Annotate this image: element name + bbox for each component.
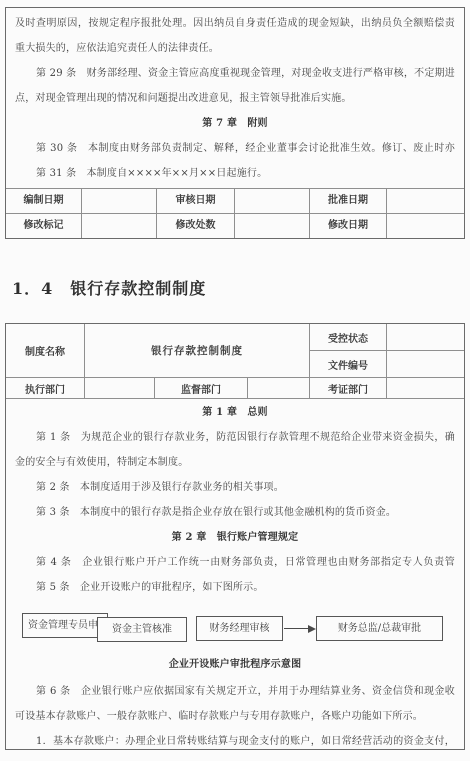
flow-step-finance-manager-review: 财务经理审核 [196,616,283,641]
article-line: 重大损失的，应依法追究责任人的法律责任。 [15,36,455,61]
system-name-row: 制度名称 银行存款控制制度 受控状态 文件编号 [6,324,464,378]
departments-row: 执行部门 监督部门 考证部门 [6,378,464,399]
article-line: 及时查明原因，按规定程序报批处理。因出纳员自身责任造成的现金短缺，出纳员负全额赔… [15,11,455,36]
controlled-status-label: 受控状态 [310,324,387,350]
controlled-status-row: 受控状态 [310,324,464,351]
article-line: 第 6 条 企业银行账户应依据国家有关规定开立，并用于办理结算业务、资金信贷和现… [15,679,455,704]
approval-date-label: 批准日期 [310,189,387,213]
article-text-block: 及时查明原因，按规定程序报批处理。因出纳员自身责任造成的现金短缺，出纳员负全额赔… [6,8,464,188]
verification-dept-value [387,378,464,398]
revision-count-value [235,214,310,238]
flow-step-fund-specialist-apply: 资金管理专员申请 [22,613,108,638]
supervising-dept-value [248,378,310,398]
cash-control-record-table: 及时查明原因，按规定程序报批处理。因出纳员自身责任造成的现金短缺，出纳员负全额赔… [5,7,465,239]
approval-date-value [387,189,464,213]
flowchart-caption: 企业开设账户审批程序示意图 [15,652,455,677]
flow-arrowhead-icon [308,625,316,633]
review-date-label: 审核日期 [157,189,235,213]
revision-mark-label: 修改标记 [6,214,82,238]
article-line: 第 31 条 本制度自××××年××月××日起施行。 [15,161,455,186]
executing-dept-label: 执行部门 [6,378,85,398]
chapter-heading: 第 2 章 银行账户管理规定 [15,525,455,550]
prepared-date-label: 编制日期 [6,189,82,213]
document-page: 及时查明原因，按规定程序报批处理。因出纳员自身责任造成的现金短缺，出纳员负全额赔… [0,0,470,761]
revision-date-value [387,214,464,238]
article-line: 第 4 条 企业银行账户开户工作统一由财务部负责，日常管理也由财务部指定专人负责… [15,550,455,575]
verification-dept-label: 考证部门 [310,378,387,398]
system-name-value: 银行存款控制制度 [85,324,310,377]
revision-date-label: 修改日期 [310,214,387,238]
document-number-value [387,351,464,377]
review-date-value [235,189,310,213]
prepared-date-value [82,189,157,213]
article-line: 点，对现金管理出现的情况和问题提出改进意见，报主管领导批准后实施。 [15,86,455,111]
flow-step-fund-supervisor-check: 资金主管核准 [97,617,187,642]
article-line: 第 2 条 本制度适用于涉及银行存款业务的相关事项。 [15,475,455,500]
bank-deposit-system-table: 制度名称 银行存款控制制度 受控状态 文件编号 执行部门 监督部门 考证部门 [5,323,465,750]
revision-count-label: 修改处数 [157,214,235,238]
system-body-text: 第 1 章 总则 第 1 条 为规范企业的银行存款业务，防范因银行存款管理不规范… [6,399,464,749]
article-line: 1．基本存款账户：办理企业日常转账结算与现金支付的账户，如日常经营活动的资金支付… [15,729,455,749]
document-number-row: 文件编号 [310,351,464,377]
flow-step-cfo-president-approve: 财务总监/总裁审批 [316,616,443,641]
revision-row: 修改标记 修改处数 修改日期 [6,213,464,238]
account-approval-flowchart: 资金管理专员申请 资金主管核准 财务经理审核 财务总监/总裁审批 [15,600,455,652]
article-line: 第 1 条 为规范企业的银行存款业务，防范因银行存款管理不规范给企业带来资金损失… [15,425,455,450]
article-line: 第 30 条 本制度由财务部负责制定、解释，经企业董事会讨论批准生效。修订、废止… [15,136,455,161]
executing-dept-value [85,378,155,398]
controlled-status-value [387,324,464,350]
flow-arrow-icon [284,628,309,629]
supervising-dept-label: 监督部门 [155,378,248,398]
article-line: 第 5 条 企业开设账户的审批程序，如下图所示。 [15,575,455,600]
chapter-heading: 第 1 章 总则 [15,400,455,425]
system-name-label: 制度名称 [6,324,85,377]
article-line: 第 3 条 本制度中的银行存款是指企业存放在银行或其他金融机构的货币资金。 [15,500,455,525]
section-heading: 1．4 银行存款控制制度 [12,276,206,299]
dates-row: 编制日期 审核日期 批准日期 [6,188,464,213]
revision-mark-value [82,214,157,238]
article-line: 第 29 条 财务部经理、资金主管应高度重视现金管理，对现金收支进行严格审核，不… [15,61,455,86]
chapter-heading: 第 7 章 附则 [15,111,455,136]
article-line: 金的安全与有效使用，特制定本制度。 [15,450,455,475]
status-docno-column: 受控状态 文件编号 [310,324,464,377]
document-number-label: 文件编号 [310,351,387,377]
article-line: 可设基本存款账户、一般存款账户、临时存款账户与专用存款账户，各账户功能如下所示。 [15,704,455,729]
